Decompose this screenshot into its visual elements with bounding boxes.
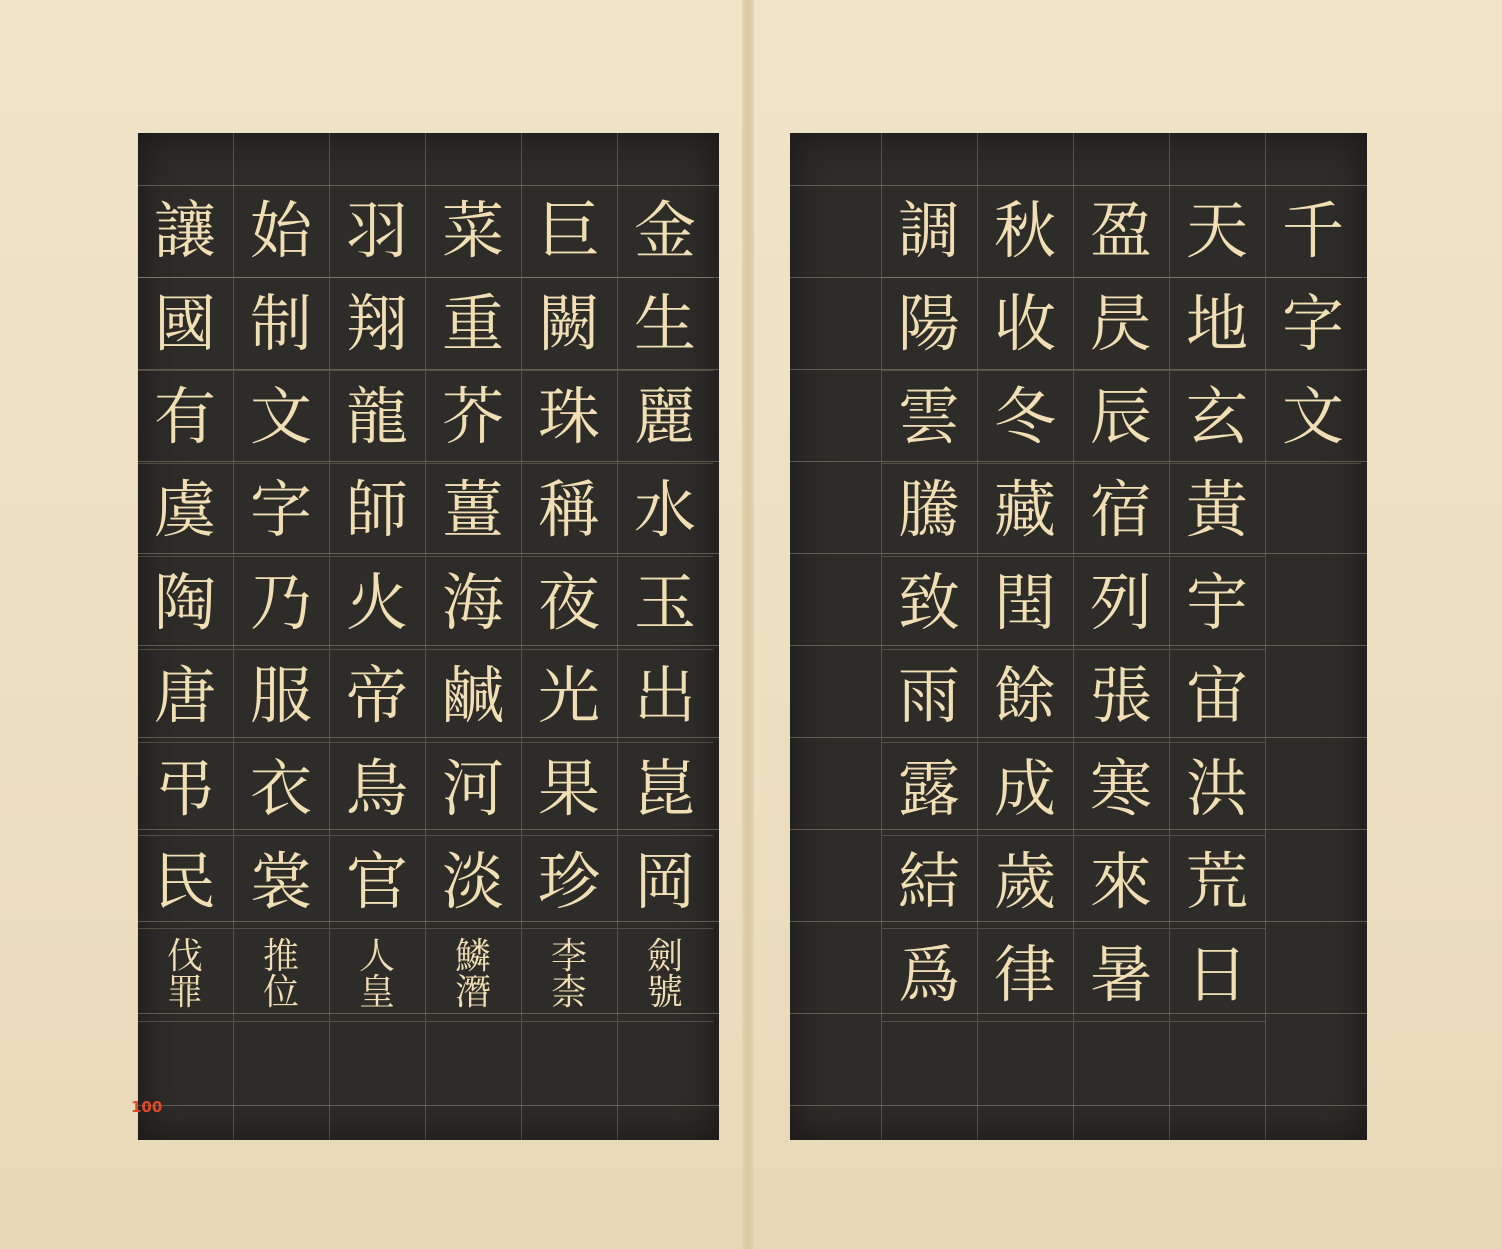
text-column: 天地玄黃宇宙洪荒日 [1169,185,1265,1135]
character-cell: 菜 [426,185,521,278]
character-cell: 衣 [234,743,329,836]
text-column: 讓國有虞陶唐弔民伐罪 [137,185,233,1135]
character-cell: 乃 [234,557,329,650]
character-cell: 成 [978,743,1073,836]
character-cell: 海 [426,557,521,650]
column-rule [521,133,522,1140]
character-cell: 李柰 [522,929,617,1022]
character-cell: 生 [618,278,713,371]
column-rule [1265,133,1266,1140]
character-cell: 河 [426,743,521,836]
character-cell: 伐罪 [138,929,233,1022]
character-cell: 秋 [978,185,1073,278]
character-cell: 果 [522,743,617,836]
character-cell: 光 [522,650,617,743]
character-cell: 人皇 [330,929,425,1022]
character-cell: 陽 [882,278,977,371]
right-rubbing-plate: 千字文天地玄黃宇宙洪荒日盈昃辰宿列張寒來暑秋收冬藏閏餘成歲律調陽雲騰致雨露結爲 [790,133,1367,1140]
character-cell: 淡 [426,836,521,929]
character-cell: 洪 [1170,743,1265,836]
character-cell: 閏 [978,557,1073,650]
column-rule [977,133,978,1140]
character-cell: 天 [1170,185,1265,278]
column-rule [1073,133,1074,1140]
text-column: 秋收冬藏閏餘成歲律 [977,185,1073,1135]
text-column: 盈昃辰宿列張寒來暑 [1073,185,1169,1135]
character-cell: 宙 [1170,650,1265,743]
character-cell: 收 [978,278,1073,371]
character-cell: 黃 [1170,464,1265,557]
character-cell: 稱 [522,464,617,557]
character-cell: 鳥 [330,743,425,836]
character-cell: 餘 [978,650,1073,743]
text-column: 始制文字乃服衣裳推位 [233,185,329,1135]
text-column: 調陽雲騰致雨露結爲 [881,185,977,1135]
column-rule [617,133,618,1140]
page-number-mark: 100 [131,1098,162,1116]
character-cell: 制 [234,278,329,371]
character-cell: 金 [618,185,713,278]
character-cell: 調 [882,185,977,278]
character-cell: 字 [1266,278,1361,371]
character-cell: 爲 [882,929,977,1022]
character-cell: 推位 [234,929,329,1022]
character-cell: 出 [618,650,713,743]
character-cell: 岡 [618,836,713,929]
character-cell: 盈 [1074,185,1169,278]
character-cell: 有 [138,371,233,464]
text-column: 菜重芥薑海鹹河淡鱗潛 [425,185,521,1135]
character-cell: 羽 [330,185,425,278]
column-rule [233,133,234,1140]
book-gutter [742,0,754,1249]
character-cell: 師 [330,464,425,557]
text-column: 巨闕珠稱夜光果珍李柰 [521,185,617,1135]
character-cell: 宇 [1170,557,1265,650]
character-cell: 荒 [1170,836,1265,929]
character-cell: 文 [234,371,329,464]
character-cell: 致 [882,557,977,650]
character-cell: 千 [1266,185,1361,278]
character-cell: 張 [1074,650,1169,743]
character-cell: 闕 [522,278,617,371]
character-cell: 珍 [522,836,617,929]
character-cell: 劍號 [618,929,713,1022]
character-cell: 列 [1074,557,1169,650]
character-cell: 文 [1266,371,1361,464]
character-cell: 夜 [522,557,617,650]
character-cell: 日 [1170,929,1265,1022]
character-cell: 昃 [1074,278,1169,371]
character-cell: 律 [978,929,1073,1022]
character-cell: 弔 [138,743,233,836]
column-rule [329,133,330,1140]
text-column: 金生麗水玉出崑岡劍號 [617,185,713,1135]
character-cell: 藏 [978,464,1073,557]
character-cell: 始 [234,185,329,278]
column-rule [425,133,426,1140]
character-cell: 字 [234,464,329,557]
text-column: 羽翔龍師火帝鳥官人皇 [329,185,425,1135]
character-cell: 裳 [234,836,329,929]
character-cell: 歲 [978,836,1073,929]
character-cell: 國 [138,278,233,371]
character-cell: 虞 [138,464,233,557]
character-cell: 火 [330,557,425,650]
character-cell: 鹹 [426,650,521,743]
character-cell: 龍 [330,371,425,464]
character-cell: 宿 [1074,464,1169,557]
character-cell: 珠 [522,371,617,464]
character-cell: 官 [330,836,425,929]
character-cell: 芥 [426,371,521,464]
character-cell: 騰 [882,464,977,557]
character-cell: 冬 [978,371,1073,464]
character-cell: 辰 [1074,371,1169,464]
character-cell: 玄 [1170,371,1265,464]
character-cell: 地 [1170,278,1265,371]
character-cell: 玉 [618,557,713,650]
character-cell: 翔 [330,278,425,371]
character-cell: 來 [1074,836,1169,929]
character-cell: 帝 [330,650,425,743]
character-cell: 雲 [882,371,977,464]
column-rule [881,133,882,1140]
character-cell: 陶 [138,557,233,650]
character-cell: 露 [882,743,977,836]
character-cell: 崑 [618,743,713,836]
character-cell: 雨 [882,650,977,743]
character-cell: 麗 [618,371,713,464]
character-cell: 重 [426,278,521,371]
character-cell: 寒 [1074,743,1169,836]
column-rule [1169,133,1170,1140]
character-cell: 暑 [1074,929,1169,1022]
character-cell: 巨 [522,185,617,278]
column-rule [137,133,138,1140]
character-cell: 民 [138,836,233,929]
left-rubbing-plate: 金生麗水玉出崑岡劍號巨闕珠稱夜光果珍李柰菜重芥薑海鹹河淡鱗潛羽翔龍師火帝鳥官人皇… [138,133,719,1140]
character-cell: 唐 [138,650,233,743]
title-column: 千字文 [1265,185,1361,1135]
character-cell: 薑 [426,464,521,557]
character-cell: 服 [234,650,329,743]
character-cell: 水 [618,464,713,557]
character-cell: 鱗潛 [426,929,521,1022]
character-cell: 讓 [138,185,233,278]
character-cell: 結 [882,836,977,929]
